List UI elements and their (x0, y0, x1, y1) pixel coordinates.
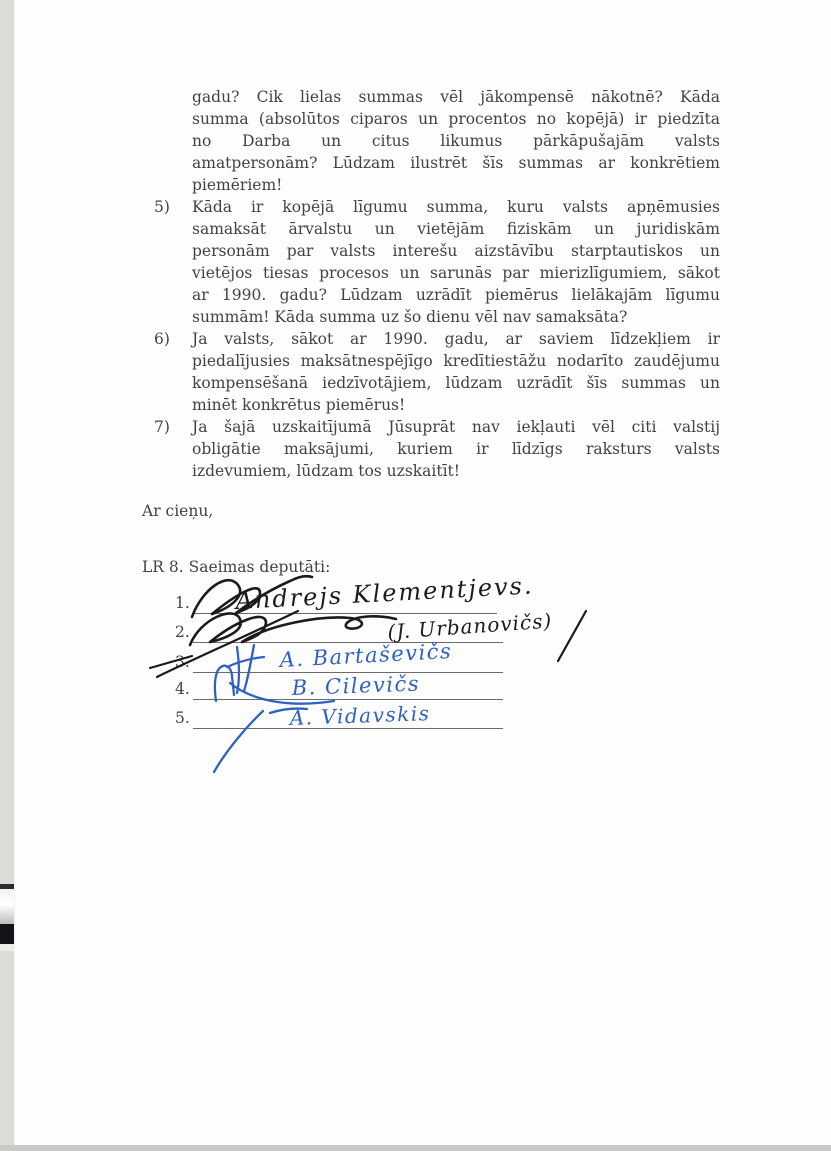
signature-heading: LR 8. Saeimas deputāti: (142, 556, 330, 578)
paragraph-line: piemēriem! (192, 174, 720, 196)
paragraph-line: ar 1990. gadu? Lūdzam uzrādīt piemērus l… (192, 284, 720, 306)
signature-number: 5. (175, 707, 193, 729)
scan-bottom-edge (0, 1145, 831, 1151)
list-item-number: 6) (154, 328, 170, 350)
paragraph-line: obligātie maksājumi, kuriem ir līdzīgs r… (192, 438, 720, 460)
signature-line (193, 592, 497, 614)
signature-paren-stroke-2 (558, 611, 586, 661)
scanned-letter-page: gadu? Cik lielas summas vēl jākompensē n… (0, 0, 831, 1151)
scan-artifact-dark-band (0, 924, 14, 944)
signature-line (193, 651, 503, 673)
paragraph-line: summām! Kāda summa uz šo dienu vēl nav s… (192, 306, 720, 328)
paragraph-line: Ja valsts, sākot ar 1990. gadu, ar savie… (192, 328, 720, 350)
item4-continuation-paragraph: gadu? Cik lielas summas vēl jākompensē n… (192, 86, 720, 196)
paragraph-line: piedalījusies maksātnespējīgo kredītiest… (192, 350, 720, 372)
paragraph-line: amatpersonām? Lūdzam ilustrēt šīs summas… (192, 152, 720, 174)
list-item-5: 5) Kāda ir kopējā līgumu summa, kuru val… (192, 196, 720, 328)
paragraph-line: samaksāt ārvalstu un vietējām fiziskām u… (192, 218, 720, 240)
scan-artifact-shine (0, 889, 14, 924)
signature-line (193, 707, 503, 729)
signature-number: 2. (175, 621, 193, 643)
signature-row-2: 2. (175, 621, 503, 643)
scan-artifact-light-band (0, 944, 14, 951)
paragraph-line: Kāda ir kopējā līgumu summa, kuru valsts… (192, 196, 720, 218)
scan-edge-strip (0, 0, 15, 1151)
paragraph-line: personām par valsts interešu aizstāvību … (192, 240, 720, 262)
signature-line (193, 621, 503, 643)
signature-row-3: 3. (175, 651, 503, 673)
paragraph-line: vietējos tiesas procesos un sarunās par … (192, 262, 720, 284)
signature-line (193, 678, 503, 700)
signature-number: 3. (175, 651, 193, 673)
paragraph-line: no Darba un citus likumus pārkāpušajām v… (192, 130, 720, 152)
paragraph-line: gadu? Cik lielas summas vēl jākompensē n… (192, 86, 720, 108)
paragraph-line: summa (absolūtos ciparos un procentos no… (192, 108, 720, 130)
paragraph-line: Ja šajā uzskaitījumā Jūsuprāt nav iekļau… (192, 416, 720, 438)
closing-salutation: Ar cieņu, (142, 500, 213, 522)
paragraph-line: kompensēšanā iedzīvotājiem, lūdzam uzrād… (192, 372, 720, 394)
signature-row-1: 1. (175, 592, 497, 614)
signature-number: 1. (175, 592, 193, 614)
handwritten-signatures: Andrejs Klementjevs. (J. Urbanovičs) A. … (0, 555, 831, 795)
signature-row-5: 5. (175, 707, 503, 729)
list-item-number: 5) (154, 196, 170, 218)
paragraph-line: izdevumiem, lūdzam tos uzskaitīt! (192, 460, 720, 482)
paragraph-line: minēt konkrētus piemērus! (192, 394, 720, 416)
signature-number: 4. (175, 678, 193, 700)
signature-row-4: 4. (175, 678, 503, 700)
list-item-6: 6) Ja valsts, sākot ar 1990. gadu, ar sa… (192, 328, 720, 416)
list-item-number: 7) (154, 416, 170, 438)
list-item-7: 7) Ja šajā uzskaitījumā Jūsuprāt nav iek… (192, 416, 720, 482)
letter-body: gadu? Cik lielas summas vēl jākompensē n… (192, 86, 720, 482)
